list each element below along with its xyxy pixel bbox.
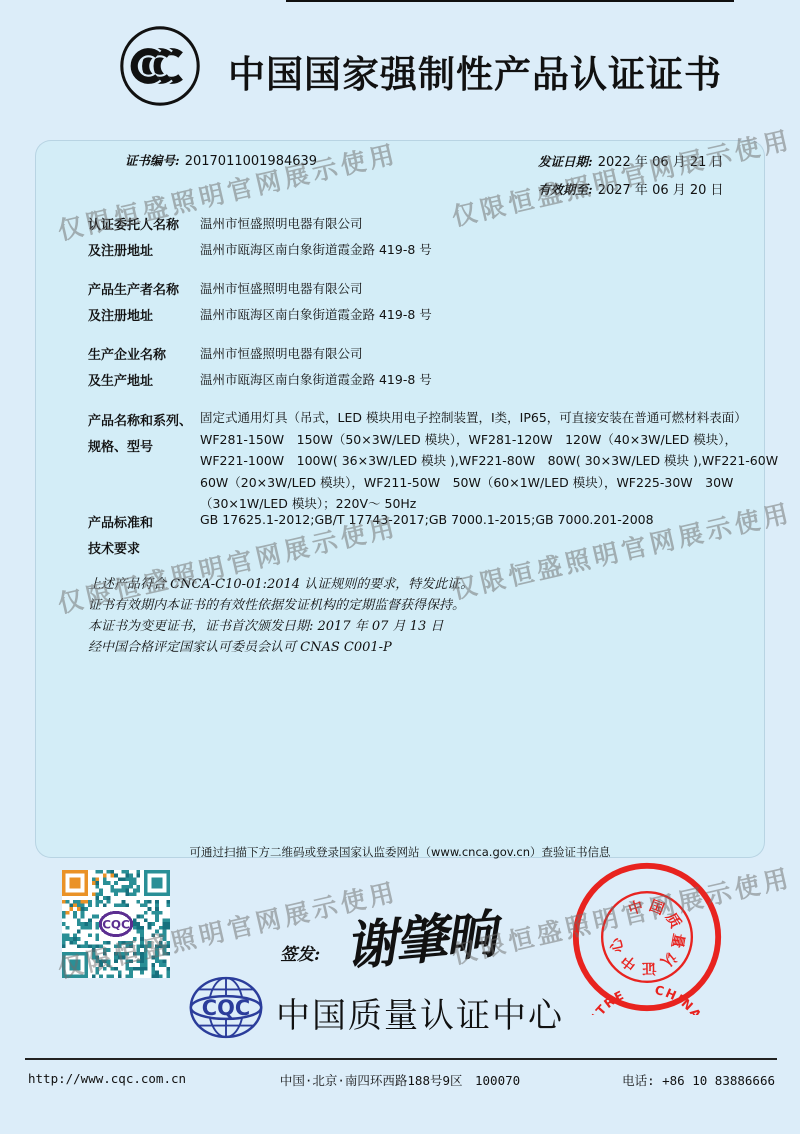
applicant-address-label: 及注册地址	[88, 240, 153, 259]
statement-line: 上述产品符合 CNCA-C10-01:2014 认证规则的要求，特发此证。	[88, 574, 473, 595]
footer-divider	[25, 1058, 777, 1060]
product-line: WF221-100W 100W( 36×3W/LED 模块 ),WF221-80…	[200, 450, 778, 472]
signature: 谢肇晌	[342, 892, 498, 980]
manufacturer-address-label: 及注册地址	[88, 305, 153, 324]
issue-date-label: 发证日期:	[538, 154, 593, 169]
standards-value: GB 17625.1-2012;GB/T 17743-2017;GB 7000.…	[200, 512, 654, 527]
factory-name-label: 生产企业名称	[88, 344, 166, 363]
product-line: WF281-150W 150W（50×3W/LED 模块），WF281-120W…	[200, 429, 778, 451]
product-name-label-line2: 规格、型号	[88, 436, 153, 455]
valid-until-date: 2027 年 06 月 20 日	[598, 183, 724, 198]
certificate-title: 中国国家强制性产品认证证书	[228, 44, 722, 98]
statement-line: 本证书为变更证书，证书首次颁发日期: 2017 年 07 月 13 日	[88, 616, 473, 637]
cqc-globe-icon: CQC	[188, 975, 264, 1040]
cqc-logo-text: CQC	[202, 996, 250, 1020]
standards-label-line2: 技术要求	[88, 538, 140, 557]
product-name-label-line1: 产品名称和系列、	[88, 410, 192, 429]
statements-block: 上述产品符合 CNCA-C10-01:2014 认证规则的要求，特发此证。 证书…	[88, 574, 473, 658]
svg-text:CQC: CQC	[102, 917, 130, 931]
applicant-name-value: 温州市恒盛照明电器有限公司	[200, 214, 363, 232]
factory-address-label: 及生产地址	[88, 370, 153, 389]
issue-date-row: 发证日期: 2022 年 06 月 21 日	[538, 151, 724, 170]
applicant-name-label: 认证委托人名称	[88, 214, 179, 233]
footer-phone: 电话: +86 10 83886666	[622, 1071, 775, 1089]
product-line: 固定式通用灯具（吊式，LED 模块用电子控制装置，Ⅰ类，IP65，可直接安装在普…	[200, 407, 778, 429]
product-description: 固定式通用灯具（吊式，LED 模块用电子控制装置，Ⅰ类，IP65，可直接安装在普…	[200, 407, 778, 515]
certificate-number: 2017011001984639	[185, 154, 317, 169]
qr-code: CQC	[62, 870, 170, 978]
manufacturer-name-value: 温州市恒盛照明电器有限公司	[200, 279, 363, 297]
certificate-number-label: 证书编号:	[125, 153, 180, 168]
manufacturer-name-label: 产品生产者名称	[88, 279, 179, 298]
top-border-line	[286, 0, 734, 2]
issue-date: 2022 年 06 月 21 日	[598, 155, 724, 170]
cqc-center-name: 中国质量认证中心	[276, 988, 564, 1037]
statement-line: 经中国合格评定国家认可委员会认可 CNAS C001-P	[88, 637, 473, 658]
statement-line: 证书有效期内本证书的有效性依据发证机构的定期监督获得保持。	[88, 595, 473, 616]
manufacturer-address-value: 温州市瓯海区南白象街道霞金路 419-8 号	[200, 305, 432, 323]
ccc-mark-icon	[118, 24, 202, 108]
signed-by-label: 签发:	[280, 940, 320, 965]
factory-name-value: 温州市恒盛照明电器有限公司	[200, 344, 363, 362]
valid-until-row: 有效期至: 2027 年 06 月 20 日	[538, 179, 724, 198]
certificate-number-row: 证书编号: 2017011001984639	[125, 150, 317, 169]
scan-verify-note: 可通过扫描下方二维码或登录国家认监委网站（www.cnca.gov.cn）查验证…	[0, 844, 800, 860]
factory-address-value: 温州市瓯海区南白象街道霞金路 419-8 号	[200, 370, 432, 388]
applicant-address-value: 温州市瓯海区南白象街道霞金路 419-8 号	[200, 240, 432, 258]
standards-label-line1: 产品标准和	[88, 512, 153, 531]
product-line: 60W（20×3W/LED 模块），WF211-50W 50W（60×1W/LE…	[200, 472, 778, 494]
stamp-inner-text: 中国质量认证中心	[593, 881, 705, 993]
svg-text:中国质量认证中心: 中国质量认证中心	[593, 881, 705, 993]
cqc-red-stamp: CHINA QUALITY CERTIFICATION CENTRE 中国质量认…	[569, 859, 725, 1015]
valid-until-label: 有效期至:	[538, 182, 593, 197]
certificate-page: 中国国家强制性产品认证证书 证书编号: 2017011001984639 发证日…	[0, 0, 800, 1134]
